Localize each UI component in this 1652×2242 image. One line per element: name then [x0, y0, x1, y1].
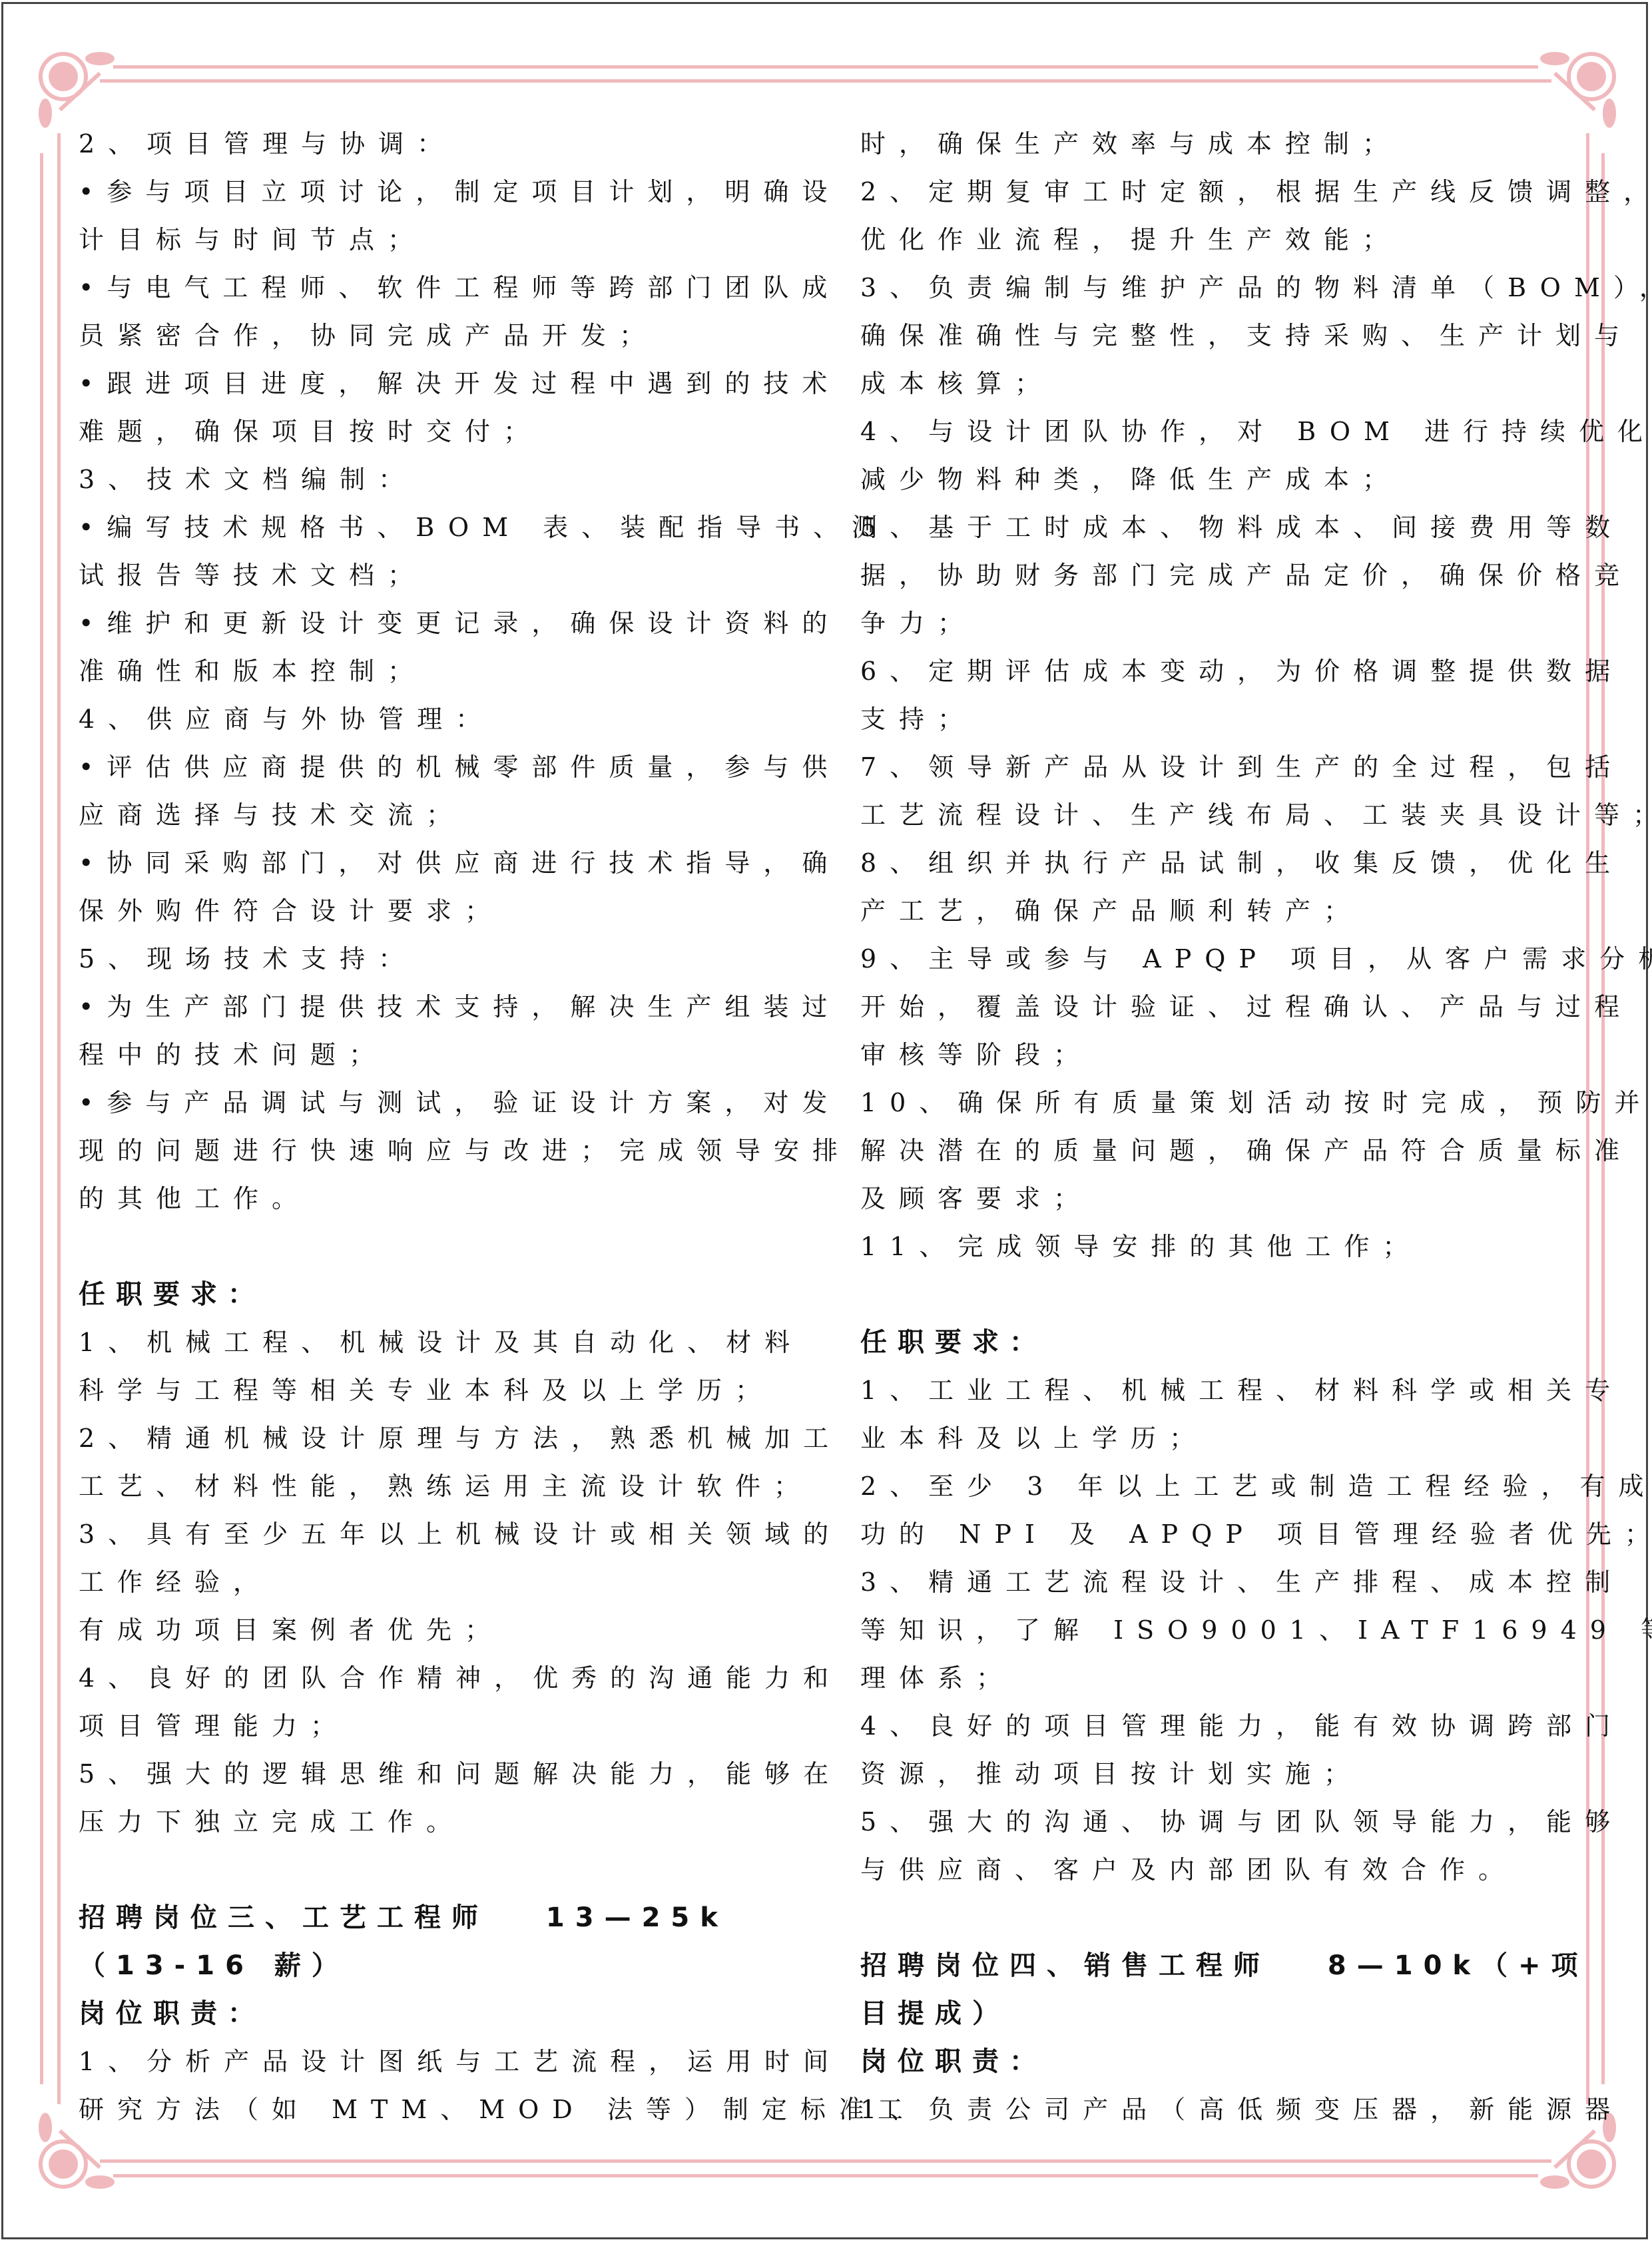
text-line: 2、项目管理与协调： [79, 120, 798, 168]
text-line: •参与产品调试与测试，验证设计方案，对发 [79, 1079, 798, 1127]
text-line: 3、负责编制与维护产品的物料清单（BOM）， [860, 264, 1579, 312]
text-line: 保外购件符合设计要求； [79, 887, 798, 935]
section-heading: 招聘岗位四、销售工程师 8—10k（+项 [860, 1942, 1579, 1990]
section-heading: 岗位职责： [860, 2038, 1579, 2086]
text-line: 据，协助财务部门完成产品定价，确保价格竞 [860, 551, 1579, 599]
text-line: •维护和更新设计变更记录，确保设计资料的 [79, 599, 798, 647]
text-line: •与电气工程师、软件工程师等跨部门团队成 [79, 264, 798, 312]
spacer [79, 1846, 798, 1894]
section-heading: （13-16 薪） [79, 1942, 798, 1990]
text-line: 程中的技术问题； [79, 1031, 798, 1079]
text-line: 2、至少 3 年以上工艺或制造工程经验，有成 [860, 1462, 1579, 1510]
left-column: 2、项目管理与协调：•参与项目立项讨论，制定项目计划，明确设计目标与时间节点；•… [79, 120, 798, 2133]
text-line: 1、工业工程、机械工程、材料科学或相关专 [860, 1366, 1579, 1414]
spacer [79, 1223, 798, 1270]
text-line: 员紧密合作，协同完成产品开发； [79, 312, 798, 360]
text-line: 8、组织并执行产品试制，收集反馈，优化生 [860, 839, 1579, 887]
text-line: 开始，覆盖设计验证、过程确认、产品与过程 [860, 983, 1579, 1031]
text-line: 及顾客要求； [860, 1175, 1579, 1223]
text-line: 解决潜在的质量问题，确保产品符合质量标准 [860, 1127, 1579, 1175]
text-line: 等知识，了解 ISO9001、IATF16949 等质量管 [860, 1606, 1579, 1654]
spacer [860, 1270, 1579, 1318]
text-line: 难题，确保项目按时交付； [79, 408, 798, 455]
text-line: 5、现场技术支持： [79, 935, 798, 983]
section-heading: 任职要求： [860, 1318, 1579, 1366]
text-line: 3、具有至少五年以上机械设计或相关领域的 [79, 1510, 798, 1558]
text-line: 应商选择与技术交流； [79, 791, 798, 839]
text-line: •跟进项目进度，解决开发过程中遇到的技术 [79, 360, 798, 408]
text-line: 计目标与时间节点； [79, 216, 798, 264]
text-line: 4、供应商与外协管理： [79, 695, 798, 743]
border-bottom-outer [113, 2174, 1538, 2177]
border-bottom-inner [100, 2159, 1551, 2163]
spacer [860, 1894, 1579, 1942]
text-line: 准确性和版本控制； [79, 647, 798, 695]
border-left-outer [40, 153, 43, 2084]
text-line: 工艺流程设计、生产线布局、工装夹具设计等； [860, 791, 1579, 839]
border-top-outer [113, 65, 1538, 69]
text-line: 压力下独立完成工作。 [79, 1798, 798, 1846]
border-left-inner [57, 133, 61, 2104]
text-line: 有成功项目案例者优先； [79, 1606, 798, 1654]
text-line: •编写技术规格书、BOM 表、装配指导书、测 [79, 503, 798, 551]
text-line: 项目管理能力； [79, 1702, 798, 1750]
text-line: 现的问题进行快速响应与改进；完成领导安排 [79, 1127, 798, 1175]
section-heading: 目提成） [860, 1990, 1579, 2038]
text-line: 减少物料种类，降低生产成本； [860, 455, 1579, 503]
text-line: 1、负责公司产品（高低频变压器，新能源器 [860, 2086, 1579, 2133]
text-line: 1、机械工程、机械设计及其自动化、材料 [79, 1318, 798, 1366]
text-line: 10、确保所有质量策划活动按时完成，预防并 [860, 1079, 1579, 1127]
text-line: 4、与设计团队协作，对 BOM 进行持续优化， [860, 408, 1579, 455]
text-line: 3、技术文档编制： [79, 455, 798, 503]
text-line: 2、精通机械设计原理与方法，熟悉机械加工 [79, 1414, 798, 1462]
text-line: 7、领导新产品从设计到生产的全过程，包括 [860, 743, 1579, 791]
text-line: 审核等阶段； [860, 1031, 1579, 1079]
text-line: 成本核算； [860, 360, 1579, 408]
section-heading: 招聘岗位三、工艺工程师 13—25k [79, 1894, 798, 1942]
text-line: 理体系； [860, 1654, 1579, 1702]
text-line: 试报告等技术文档； [79, 551, 798, 599]
text-line: 时，确保生产效率与成本控制； [860, 120, 1579, 168]
text-line: 工艺、材料性能，熟练运用主流设计软件； [79, 1462, 798, 1510]
text-line: •协同采购部门，对供应商进行技术指导，确 [79, 839, 798, 887]
text-line: 4、良好的项目管理能力，能有效协调跨部门 [860, 1702, 1579, 1750]
text-line: 产工艺，确保产品顺利转产； [860, 887, 1579, 935]
text-line: 5、强大的逻辑思维和问题解决能力，能够在 [79, 1750, 798, 1798]
text-line: 功的 NPI 及 APQP 项目管理经验者优先； [860, 1510, 1579, 1558]
text-line: 优化作业流程，提升生产效能； [860, 216, 1579, 264]
text-line: 6、定期评估成本变动，为价格调整提供数据 [860, 647, 1579, 695]
text-line: 争力； [860, 599, 1579, 647]
text-line: •参与项目立项讨论，制定项目计划，明确设 [79, 168, 798, 216]
border-top-inner [100, 79, 1551, 83]
text-line: 的其他工作。 [79, 1175, 798, 1223]
text-line: 工作经验， [79, 1558, 798, 1606]
text-line: 3、精通工艺流程设计、生产排程、成本控制 [860, 1558, 1579, 1606]
text-line: 科学与工程等相关专业本科及以上学历； [79, 1366, 798, 1414]
text-line: 4、良好的团队合作精神，优秀的沟通能力和 [79, 1654, 798, 1702]
right-column: 时，确保生产效率与成本控制；2、定期复审工时定额，根据生产线反馈调整，优化作业流… [860, 120, 1579, 2133]
text-line: 11、完成领导安排的其他工作； [860, 1223, 1579, 1270]
text-line: 研究方法（如 MTM、MOD 法等）制定标准工 [79, 2086, 798, 2133]
text-line: 业本科及以上学历； [860, 1414, 1579, 1462]
text-line: 支持； [860, 695, 1579, 743]
text-line: •评估供应商提供的机械零部件质量，参与供 [79, 743, 798, 791]
text-line: 5、基于工时成本、物料成本、间接费用等数 [860, 503, 1579, 551]
section-heading: 岗位职责： [79, 1990, 798, 2038]
text-line: •为生产部门提供技术支持，解决生产组装过 [79, 983, 798, 1031]
text-line: 资源，推动项目按计划实施； [860, 1750, 1579, 1798]
text-line: 1、分析产品设计图纸与工艺流程，运用时间 [79, 2038, 798, 2086]
text-line: 2、定期复审工时定额，根据生产线反馈调整， [860, 168, 1579, 216]
section-heading: 任职要求： [79, 1270, 798, 1318]
text-line: 与供应商、客户及内部团队有效合作。 [860, 1846, 1579, 1894]
text-line: 5、强大的沟通、协调与团队领导能力，能够 [860, 1798, 1579, 1846]
text-line: 9、主导或参与 APQP 项目，从客户需求分析 [860, 935, 1579, 983]
text-line: 确保准确性与完整性，支持采购、生产计划与 [860, 312, 1579, 360]
